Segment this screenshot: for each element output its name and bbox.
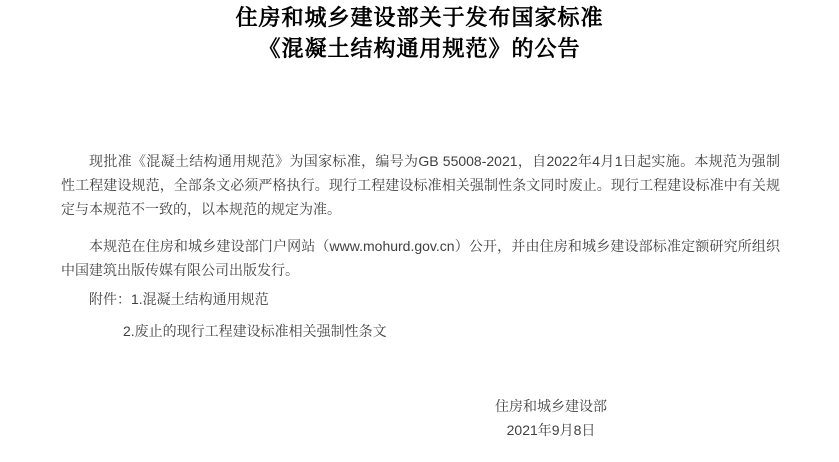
document-body: 现批准《混凝土结构通用规范》为国家标准，编号为GB 55008-2021，自20… — [0, 149, 839, 442]
signature-block: 住房和城乡建设部 2021年9月8日 — [471, 394, 631, 442]
attachment-line-1: 附件：1.混凝土结构通用规范 — [61, 287, 780, 311]
attachment-label: 附件： — [89, 291, 131, 307]
title-line-2: 《混凝土结构通用规范》的公告 — [0, 33, 839, 64]
signature-issuer: 住房和城乡建设部 — [471, 394, 631, 418]
paragraph-publication: 本规范在住房和城乡建设部门户网站（www.mohurd.gov.cn）公开，并由… — [61, 234, 780, 282]
paragraph-approval: 现批准《混凝土结构通用规范》为国家标准，编号为GB 55008-2021，自20… — [61, 149, 780, 221]
attachment-item-2: 2.废止的现行工程建设标准相关强制性条文 — [61, 319, 780, 343]
attachment-item-1: 1.混凝土结构通用规范 — [131, 291, 269, 307]
announcement-page: 住房和城乡建设部关于发布国家标准 《混凝土结构通用规范》的公告 现批准《混凝土结… — [0, 0, 839, 462]
title-line-1: 住房和城乡建设部关于发布国家标准 — [0, 2, 839, 33]
document-title: 住房和城乡建设部关于发布国家标准 《混凝土结构通用规范》的公告 — [0, 0, 839, 64]
signature-date: 2021年9月8日 — [471, 418, 631, 442]
